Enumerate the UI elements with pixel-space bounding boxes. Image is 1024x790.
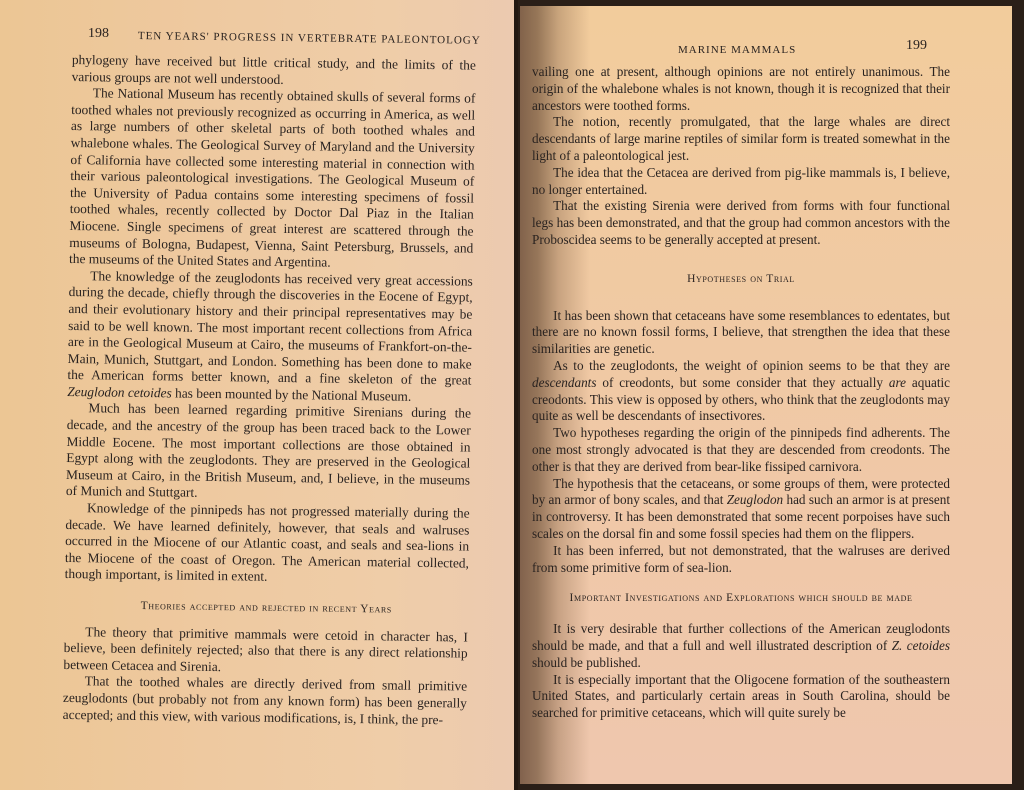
paragraph: phylogeny have received but little criti…: [72, 52, 476, 91]
taxon-name: Z. cetoides: [892, 638, 950, 653]
right-body-text: vailing one at present, although opinion…: [532, 64, 950, 722]
gutter: [514, 0, 518, 790]
left-body-text: phylogeny have received but little criti…: [63, 52, 476, 729]
paragraph: The knowledge of the zeuglodonts has rec…: [67, 268, 473, 406]
section-heading: Hypotheses on Trial: [532, 271, 950, 288]
taxon-name: Zeuglodon cetoides: [67, 384, 172, 400]
right-page: MARINE MAMMALS 199 vailing one at presen…: [520, 6, 1012, 784]
page-number: 199: [906, 38, 927, 54]
left-page: 198 TEN YEARS' PROGRESS IN VERTEBRATE PA…: [0, 0, 516, 790]
taxon-name: Zeuglodon: [727, 492, 783, 507]
paragraph: vailing one at present, although opinion…: [532, 64, 950, 114]
paragraph: It is especially important that the Olig…: [532, 672, 950, 722]
paragraph: The hypothesis that the cetaceans, or so…: [532, 476, 950, 543]
paragraph: Two hypotheses regarding the origin of t…: [532, 425, 950, 475]
running-head: MARINE MAMMALS: [678, 44, 796, 56]
section-heading: Important Investigations and Exploration…: [542, 590, 940, 607]
paragraph: Much has been learned regarding primitiv…: [66, 400, 471, 505]
paragraph: Knowledge of the pinnipeds has not progr…: [65, 500, 470, 589]
paragraph: It has been shown that cetaceans have so…: [532, 308, 950, 358]
paragraph: It is very desirable that further collec…: [532, 621, 950, 671]
paragraph: As to the zeuglodonts, the weight of opi…: [532, 358, 950, 425]
section-heading: Theories accepted and rejected in recent…: [64, 597, 468, 619]
running-head: TEN YEARS' PROGRESS IN VERTEBRATE PALEON…: [138, 30, 481, 47]
paragraph: The National Museum has recently obtaine…: [69, 85, 476, 273]
paragraph: The idea that the Cetacea are derived fr…: [532, 165, 950, 199]
paragraph: The theory that primitive mammals were c…: [63, 624, 468, 679]
paragraph: That the existing Sirenia were derived f…: [532, 198, 950, 248]
paragraph: That the toothed whales are directly der…: [63, 673, 468, 728]
paragraph: It has been inferred, but not demonstrat…: [532, 543, 950, 577]
page-number: 198: [88, 26, 109, 42]
paragraph: The notion, recently promulgated, that t…: [532, 114, 950, 164]
